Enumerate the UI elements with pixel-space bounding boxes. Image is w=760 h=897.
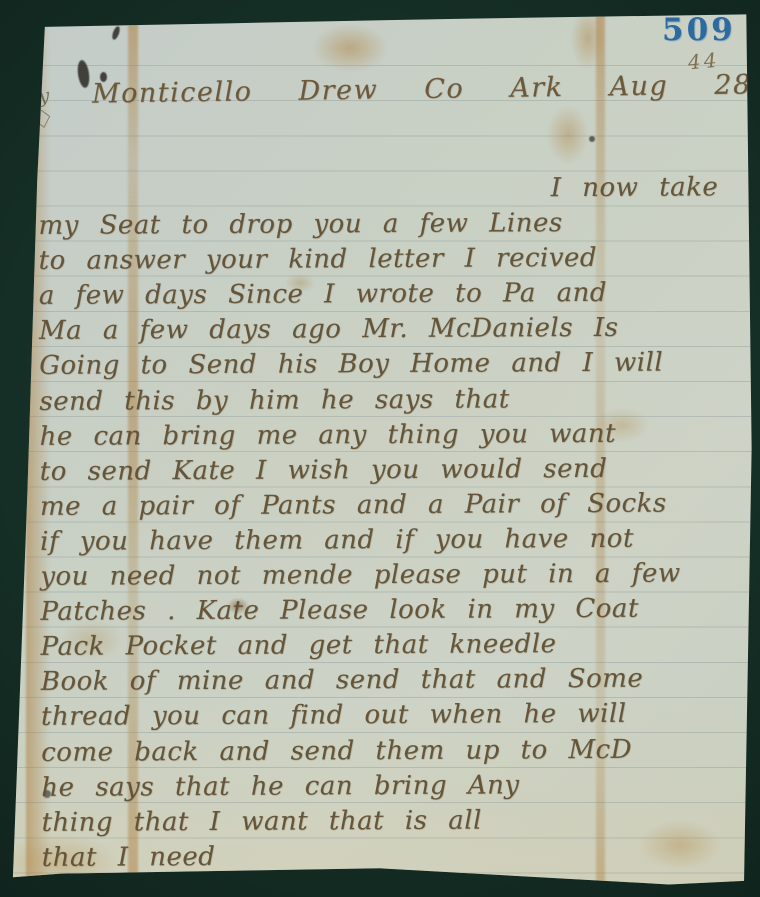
letter-line: me a pair of Pants and a Pair of Socks bbox=[40, 486, 746, 525]
letter-line: that I need bbox=[42, 837, 748, 876]
letter-line: to send Kate I wish you would send bbox=[40, 451, 746, 490]
letter-line: you need not mende please put in a few bbox=[40, 556, 746, 595]
letter-line: come back and send them up to McD bbox=[41, 732, 747, 771]
letter-line: Patches . Kate Please look in my Coat bbox=[40, 591, 746, 630]
letter-body: I now take my Seat to drop you a few Lin… bbox=[38, 170, 748, 876]
letter-line: Pack Pocket and get that kneedle bbox=[41, 626, 747, 665]
scanned-letter-background: 509 44 dy Monticello Drew Co Ark Aug 28 … bbox=[0, 0, 760, 897]
letter-line: if you have them and if you have not bbox=[40, 521, 746, 560]
letter-line: send this by him he says that bbox=[39, 381, 745, 420]
letter-line: he can bring me any thing you want bbox=[39, 416, 745, 455]
letter-line: Going to Send his Boy Home and I will bbox=[39, 346, 745, 385]
archive-stamp-number: 509 bbox=[662, 12, 736, 48]
letter-line: a few days Since I wrote to Pa and bbox=[39, 275, 745, 314]
letter-paper: 509 44 dy Monticello Drew Co Ark Aug 28 … bbox=[0, 0, 760, 897]
letter-line: to answer your kind letter I recived bbox=[39, 240, 745, 279]
ink-smudge bbox=[27, 13, 41, 40]
letter-line: thread you can find out when he will bbox=[41, 697, 747, 736]
letter-line: I now take bbox=[38, 170, 744, 209]
pencil-scribble: dy bbox=[26, 89, 54, 127]
letter-line: Book of mine and send that and Some bbox=[41, 661, 747, 700]
pencil-scribble-text: dy bbox=[25, 85, 51, 110]
letter-line: he says that he can bring Any bbox=[41, 767, 747, 806]
letter-line: my Seat to drop you a few Lines bbox=[38, 205, 744, 244]
ink-smudge bbox=[589, 136, 595, 142]
letter-line: thing that I want that is all bbox=[41, 802, 747, 841]
letter-line: Ma a few days ago Mr. McDaniels Is bbox=[39, 311, 745, 350]
